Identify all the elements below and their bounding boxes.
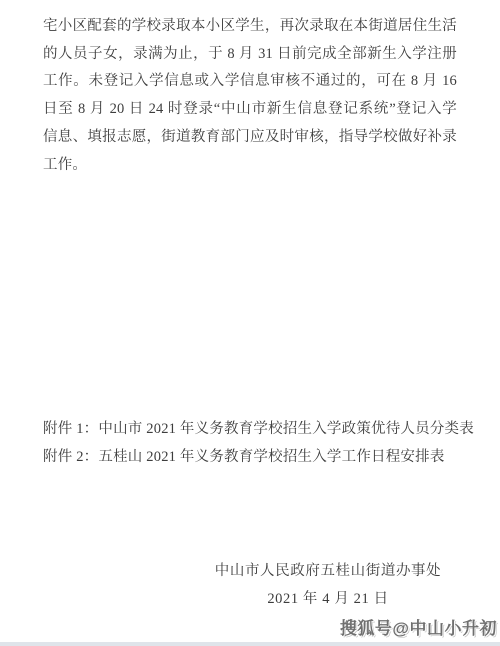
- attachments-list: 附件 1：中山市 2021 年义务教育学校招生入学政策优待人员分类表 附件 2：…: [43, 415, 483, 471]
- sohu-watermark: 搜狐号@中山小升初: [340, 614, 497, 639]
- document-page: 宅小区配套的学校录取本小区学生，再次录取在本街道居住生活 的人员子女，录满为止，…: [0, 0, 500, 646]
- signature-block: 中山市人民政府五桂山街道办事处 2021 年 4 月 21 日: [160, 558, 496, 613]
- issuing-authority: 中山市人民政府五桂山街道办事处: [160, 558, 496, 586]
- body-line: 宅小区配套的学校录取本小区学生，再次录取在本街道居住生活: [43, 13, 457, 41]
- bottom-edge-strip: [0, 642, 500, 646]
- body-line: 的人员子女，录满为止，于 8 月 31 日前完成全部新生入学注册: [43, 41, 457, 69]
- body-line: 信息、填报志愿，街道教育部门应及时审核，指导学校做好补录: [43, 124, 457, 152]
- body-line: 工作。: [43, 152, 457, 180]
- attachment-line-1: 附件 1：中山市 2021 年义务教育学校招生入学政策优待人员分类表: [43, 415, 483, 443]
- attachment-line-2: 附件 2：五桂山 2021 年义务教育学校招生入学工作日程安排表: [43, 443, 483, 471]
- body-line: 日至 8 月 20 日 24 时登录“中山市新生信息登记系统”登记入学: [43, 96, 457, 124]
- issue-date: 2021 年 4 月 21 日: [160, 586, 496, 614]
- body-paragraph: 宅小区配套的学校录取本小区学生，再次录取在本街道居住生活 的人员子女，录满为止，…: [43, 13, 457, 179]
- body-line: 工作。未登记入学信息或入学信息审核不通过的，可在 8 月 16: [43, 68, 457, 96]
